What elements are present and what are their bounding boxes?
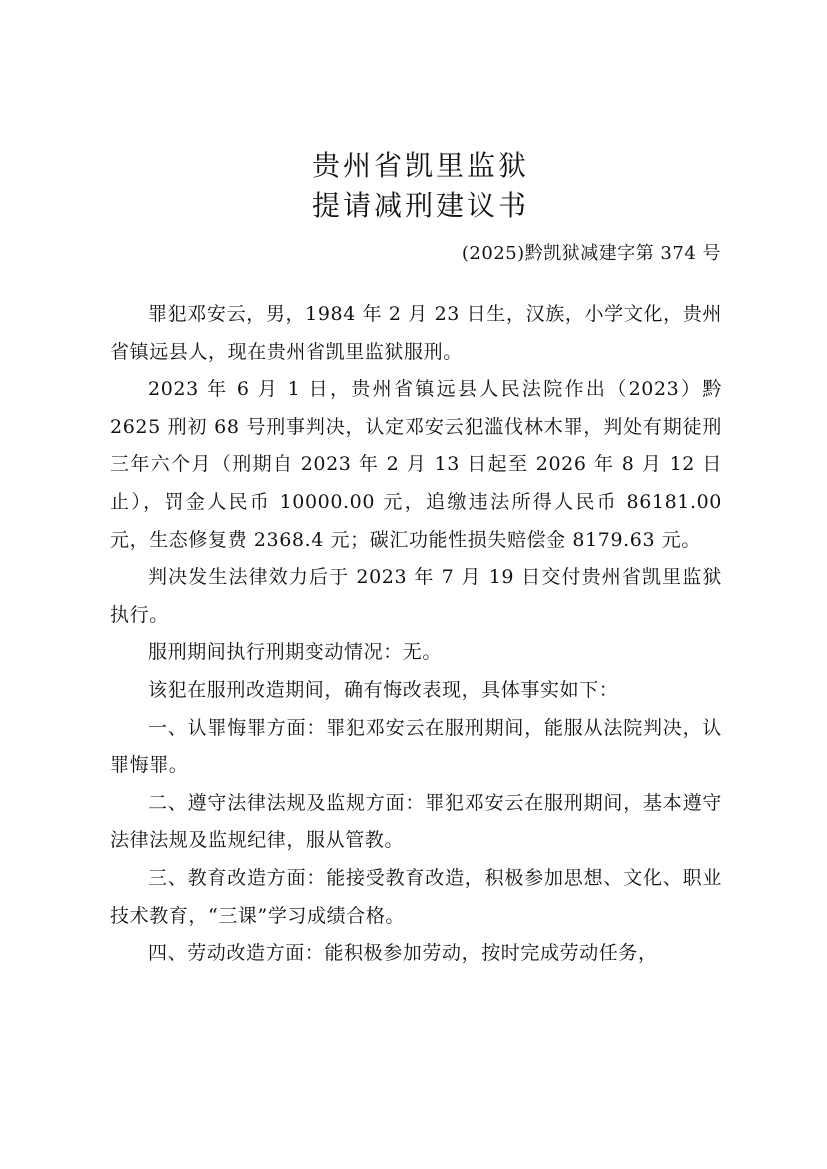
paragraph-admission-of-guilt: 一、认罪悔罪方面：罪犯邓安云在服刑期间，能服从法院判决，认罪悔罪。 xyxy=(110,710,722,785)
document-title: 贵州省凯里监狱 提请减刑建议书 xyxy=(0,146,827,226)
title-line-institution: 贵州省凯里监狱 xyxy=(0,146,827,186)
paragraph-repentance-intro: 该犯在服刑改造期间，确有悔改表现，具体事实如下： xyxy=(110,672,722,710)
document-page: 贵州省凯里监狱 提请减刑建议书 (2025)黔凯狱减建字第 374 号 罪犯邓安… xyxy=(0,0,827,1169)
paragraph-judgment: 2023 年 6 月 1 日，贵州省镇远县人民法院作出（2023）黔 2625 … xyxy=(110,371,722,559)
paragraph-criminal-info: 罪犯邓安云，男，1984 年 2 月 23 日生，汉族，小学文化，贵州省镇远县人… xyxy=(110,296,722,371)
paragraph-labor: 四、劳动改造方面：能积极参加劳动，按时完成劳动任务， xyxy=(110,935,722,973)
paragraph-delivery: 判决发生法律效力后于 2023 年 7 月 19 日交付贵州省凯里监狱执行。 xyxy=(110,559,722,634)
document-body: 罪犯邓安云，男，1984 年 2 月 23 日生，汉族，小学文化，贵州省镇远县人… xyxy=(110,296,722,973)
paragraph-rule-compliance: 二、遵守法律法规及监规方面：罪犯邓安云在服刑期间，基本遵守法律法规及监规纪律，服… xyxy=(110,785,722,860)
document-number: (2025)黔凯狱减建字第 374 号 xyxy=(462,240,721,268)
paragraph-sentence-changes: 服刑期间执行刑期变动情况：无。 xyxy=(110,634,722,672)
title-line-document-type: 提请减刑建议书 xyxy=(0,186,827,226)
paragraph-education: 三、教育改造方面：能接受教育改造，积极参加思想、文化、职业技术教育，“三课”学习… xyxy=(110,860,722,935)
